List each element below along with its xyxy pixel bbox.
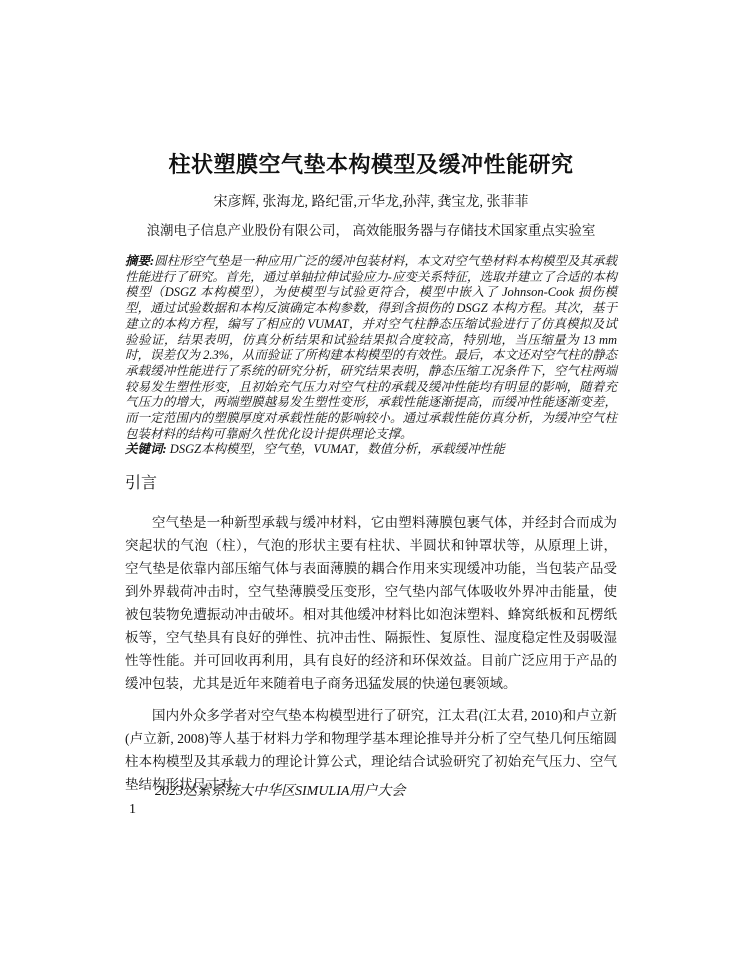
footer-conference-title: 2023达索系统大中华区SIMULIA用户大会 (155, 783, 405, 801)
introduction-heading: 引言 (125, 475, 617, 493)
affiliation: 浪潮电子信息产业股份有限公司， 高效能服务器与存储技术国家重点实验室 (125, 222, 617, 240)
keywords-label: 关键词: (125, 442, 167, 456)
abstract-label: 摘要: (125, 254, 154, 268)
keywords-block: 关键词: DSGZ本构模型，空气垫，VUMAT，数值分析，承载缓冲性能 (125, 442, 617, 458)
page-content: 柱状塑膜空气垫本构模型及缓冲性能研究 宋彦辉, 张海龙, 路纪雷,亓华龙,孙萍,… (125, 0, 617, 796)
paper-page: 柱状塑膜空气垫本构模型及缓冲性能研究 宋彦辉, 张海龙, 路纪雷,亓华龙,孙萍,… (0, 0, 741, 960)
page-number: 1 (129, 801, 136, 819)
introduction-paragraph-1: 空气垫是一种新型承载与缓冲材料，它由塑料薄膜包裹气体，并经封合而成为突起状的气泡… (125, 511, 617, 695)
abstract-block: 摘要:圆柱形空气垫是一种应用广泛的缓冲包装材料，本文对空气垫材料本构模型及其承载… (125, 254, 617, 442)
author-list: 宋彦辉, 张海龙, 路纪雷,亓华龙,孙萍, 龚宝龙, 张菲菲 (125, 193, 617, 213)
keywords-text: DSGZ本构模型，空气垫，VUMAT，数值分析，承载缓冲性能 (167, 442, 505, 456)
paper-title: 柱状塑膜空气垫本构模型及缓冲性能研究 (125, 150, 617, 180)
abstract-text: 圆柱形空气垫是一种应用广泛的缓冲包装材料，本文对空气垫材料本构模型及其承载性能进… (125, 254, 617, 441)
